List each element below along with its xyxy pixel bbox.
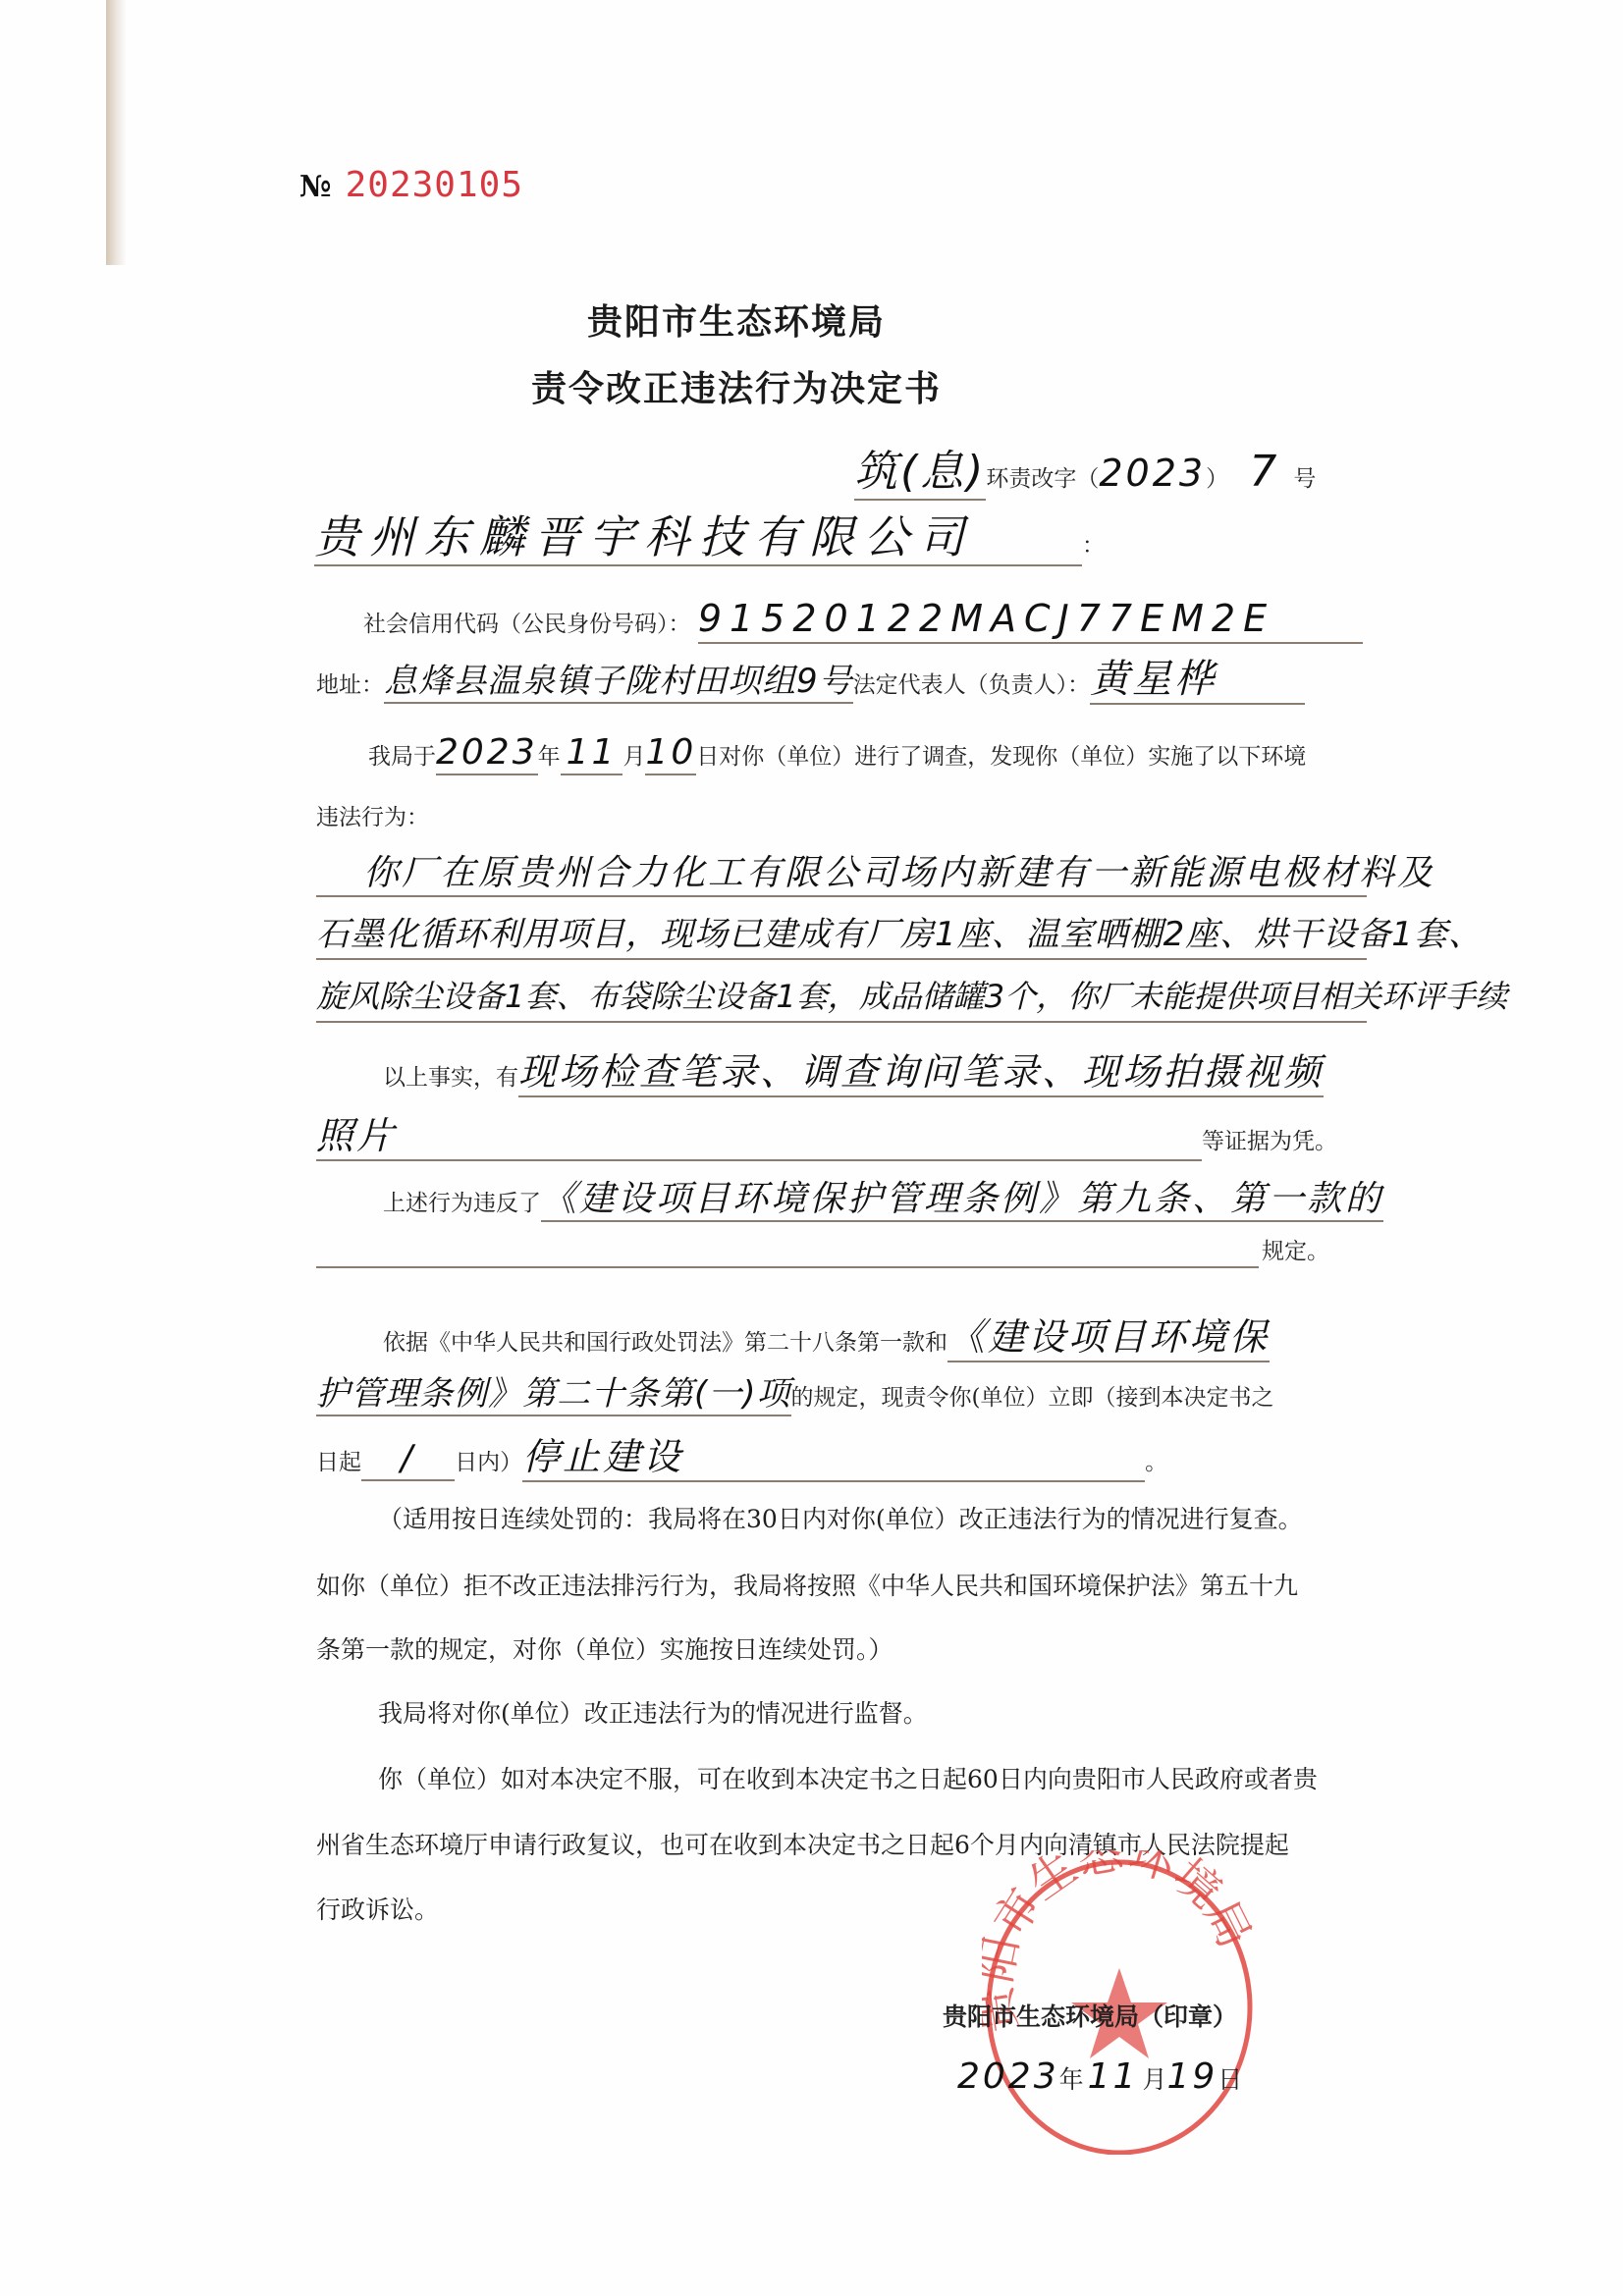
doc-ref-prefix: 筑(息)	[854, 447, 986, 501]
paragraph-continuous-penalty-2: 如你（单位）拒不改正违法排污行为，我局将按照《中华人民共和国环境保护法》第五十九	[316, 1569, 1298, 1603]
issue-day: 19	[1166, 2056, 1217, 2097]
recipient-company: 贵州东麟晋宇科技有限公司：	[314, 510, 1105, 566]
evidence-line-2: 照片等证据为凭。	[316, 1114, 1337, 1161]
issuer-title: 贵阳市生态环境局	[147, 294, 1325, 345]
day-unit: 日	[696, 744, 719, 770]
year-unit: 年	[538, 744, 561, 770]
basis-prefix: 依据《中华人民共和国行政处罚法》第二十八条第一款和	[383, 1330, 947, 1356]
issue-year-unit: 年	[1059, 2065, 1084, 2094]
credit-code-row: 社会信用代码（公民身份号码）： 91520122MACJ77EM2E	[363, 597, 1363, 644]
issuer-signature: 贵阳市生态环境局（印章）	[943, 1998, 1237, 2033]
basis-line-3: 日起/日内）停止建设。	[316, 1435, 1167, 1482]
doc-ref-close: ）	[1206, 466, 1228, 492]
company-trailing-mark: ：	[1082, 533, 1105, 559]
investigation-line: 我局于2023年11月10日对你（单位）进行了调查，发现你（单位）实施了以下环境	[368, 731, 1306, 775]
underline	[316, 895, 1367, 897]
doc-ref-number: 7	[1249, 447, 1279, 497]
issue-month: 11	[1084, 2056, 1143, 2097]
paragraph-continuous-penalty-3: 条第一款的规定，对你（单位）实施按日连续处罚。）	[316, 1632, 893, 1667]
doc-ref-year: 2023	[1099, 452, 1206, 495]
investigation-year: 2023	[436, 731, 538, 775]
basis-regulation-2: 护管理条例》第二十条第(一)项	[316, 1374, 791, 1416]
violated-law-value: 《建设项目环境保护管理条例》第九条、第一款的	[541, 1178, 1383, 1222]
violation-line-2: 石墨化循环利用项目，现场已建成有厂房1座、温室晒棚2座、烘干设备1套、	[316, 915, 1483, 955]
paragraph-appeal-3: 行政诉讼。	[316, 1893, 439, 1927]
evidence-value-2: 照片	[316, 1114, 1202, 1161]
scan-edge-artifact	[106, 0, 126, 265]
evidence-suffix: 等证据为凭。	[1202, 1129, 1337, 1154]
address-label: 地址：	[316, 672, 384, 698]
serial-number-value: 20230105	[346, 165, 523, 205]
underline	[316, 1021, 1367, 1023]
underline	[316, 1266, 1259, 1268]
violation-heading: 违法行为：	[316, 805, 429, 832]
evidence-line: 以上事实，有现场检查笔录、调查询问笔录、现场拍摄视频	[383, 1050, 1324, 1097]
investigation-text: 对你（单位）进行了调查，发现你（单位）实施了以下环境	[719, 744, 1306, 770]
legal-rep-value: 黄星桦	[1090, 656, 1305, 705]
address-value: 息烽县温泉镇子陇村田坝组9号	[384, 662, 853, 704]
days-value: /	[361, 1437, 455, 1481]
serial-label: №	[299, 170, 332, 204]
doc-ref-suffix: 号	[1293, 466, 1316, 492]
company-name: 贵州东麟晋宇科技有限公司	[314, 510, 1082, 566]
basis-regulation-1: 《建设项目环境保	[947, 1315, 1270, 1362]
serial-number: №20230105	[299, 165, 523, 205]
address-row: 地址：息烽县温泉镇子陇村田坝组9号法定代表人（负责人）：黄星桦	[316, 656, 1305, 705]
violation-line-3: 旋风除尘设备1套、布袋除尘设备1套，成品储罐3个，你厂未能提供项目相关环评手续	[316, 978, 1507, 1015]
issue-month-unit: 月	[1142, 2065, 1166, 2094]
days-prefix: 日起	[316, 1450, 361, 1475]
credit-code-value: 91520122MACJ77EM2E	[698, 597, 1363, 644]
month-unit: 月	[622, 744, 645, 770]
violation-line-1: 你厂在原贵州合力化工有限公司场内新建有一新能源电极材料及	[363, 852, 1435, 894]
basis-line-2: 护管理条例》第二十条第(一)项的规定，现责令你(单位）立即（接到本决定书之	[316, 1374, 1274, 1416]
legal-rep-label: 法定代表人（负责人）：	[853, 672, 1091, 698]
paragraph-supervision: 我局将对你(单位）改正违法行为的情况进行监督。	[378, 1696, 928, 1731]
evidence-prefix: 以上事实，有	[383, 1065, 518, 1091]
order-value: 停止建设	[522, 1435, 1145, 1482]
violated-law-prefix: 上述行为违反了	[383, 1191, 541, 1216]
violated-law-suffix: 规定。	[1262, 1239, 1329, 1266]
credit-code-label: 社会信用代码（公民身份号码）：	[363, 612, 691, 637]
days-suffix: 日内）	[455, 1450, 522, 1475]
underline	[316, 958, 1367, 960]
investigation-day: 10	[645, 731, 696, 775]
investigation-month: 11	[561, 731, 623, 775]
end-mark: 。	[1145, 1450, 1167, 1475]
document-page: №20230105 贵阳市生态环境局 责令改正违法行为决定书 筑(息)环责改字（…	[0, 0, 1623, 2296]
paragraph-appeal-1: 你（单位）如对本决定不服，可在收到本决定书之日起60日内向贵阳市人民政府或者贵	[378, 1762, 1318, 1796]
basis-line-1: 依据《中华人民共和国行政处罚法》第二十八条第一款和《建设项目环境保	[383, 1315, 1270, 1362]
evidence-value: 现场检查笔录、调查询问笔录、现场拍摄视频	[518, 1050, 1324, 1097]
issue-date: 2023年11月19日	[957, 2056, 1242, 2097]
paragraph-continuous-penalty-1: （适用按日连续处罚的：我局将在30日内对你(单位）改正违法行为的情况进行复查。	[378, 1502, 1303, 1536]
document-reference: 筑(息)环责改字（2023） 7号	[854, 447, 1316, 501]
violated-law-line: 上述行为违反了《建设项目环境保护管理条例》第九条、第一款的	[383, 1178, 1383, 1222]
document-title: 责令改正违法行为决定书	[147, 361, 1325, 411]
investigation-prefix: 我局于	[368, 744, 436, 770]
issue-day-unit: 日	[1217, 2065, 1242, 2094]
issue-year: 2023	[957, 2056, 1059, 2097]
basis-text: 的规定，现责令你(单位）立即（接到本决定书之	[791, 1385, 1274, 1411]
doc-ref-code: 环责改字（	[986, 466, 1099, 492]
